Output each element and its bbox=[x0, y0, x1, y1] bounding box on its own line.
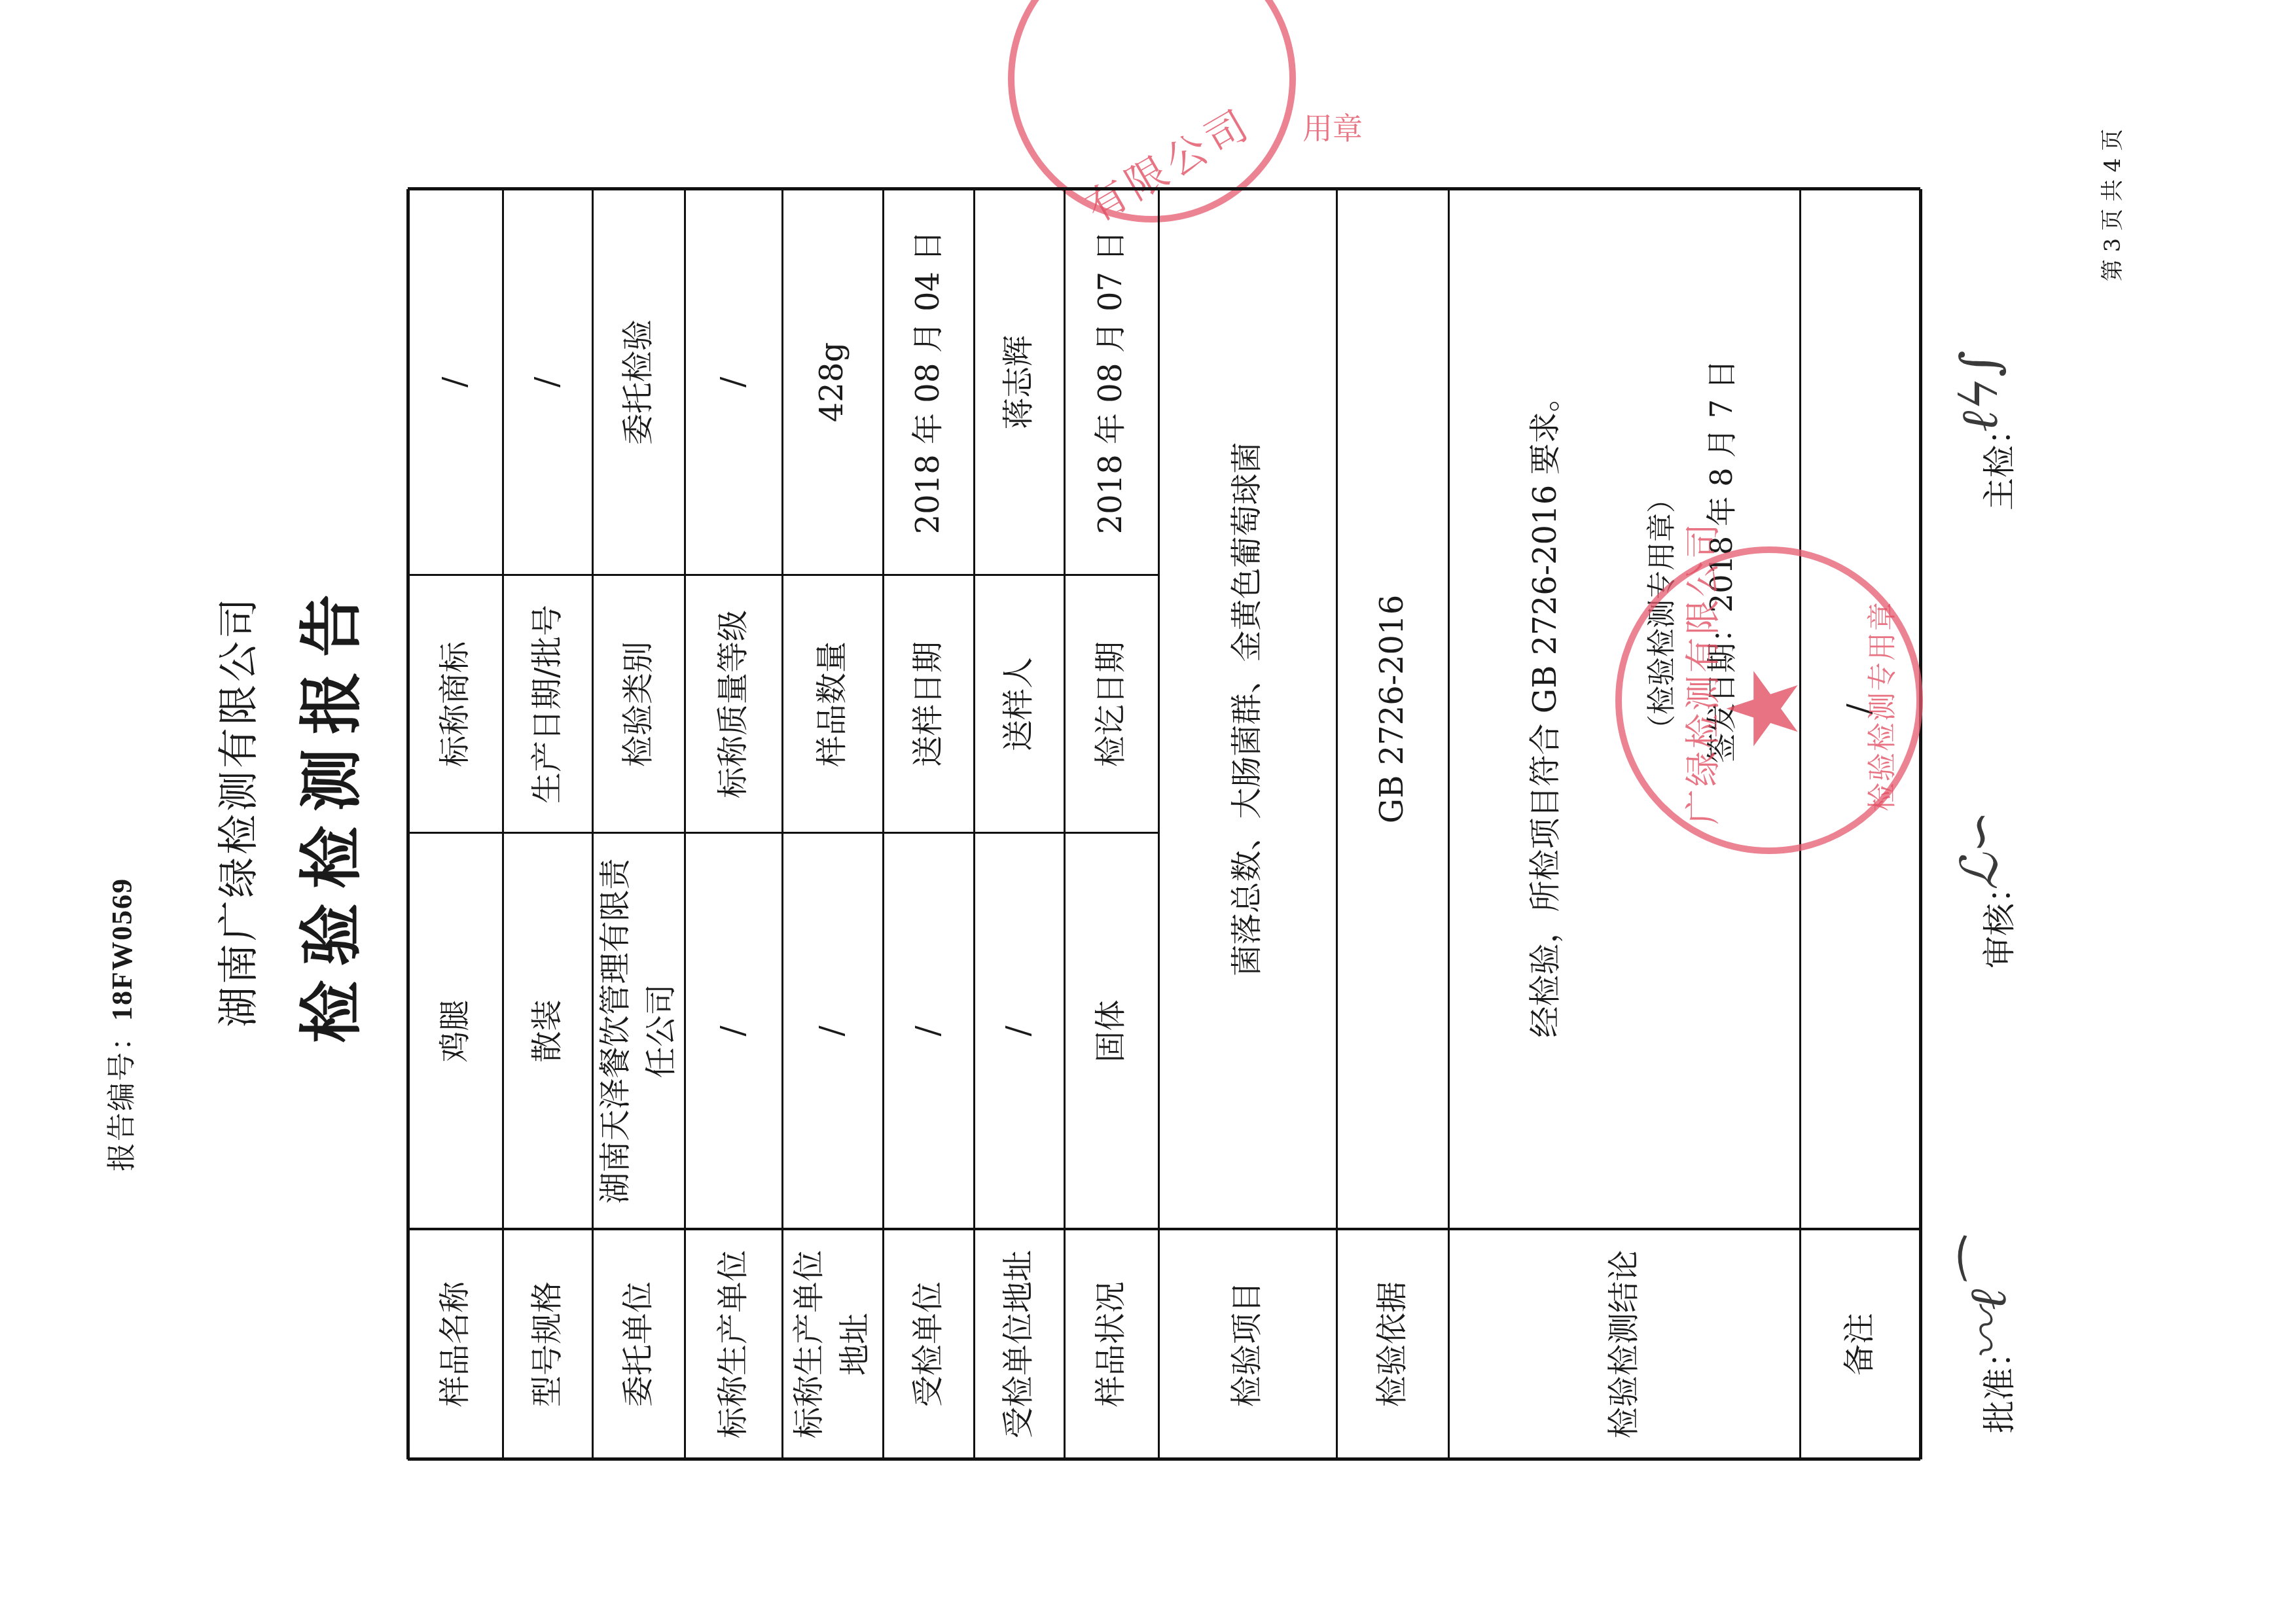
row-label: 样品状况 bbox=[1064, 1229, 1158, 1459]
row-label: 型号规格 bbox=[503, 1229, 592, 1459]
row-sub-value: 蒋志辉 bbox=[974, 189, 1064, 575]
test-items-value: 菌落总数、大肠菌群、金黄色葡萄球菌 bbox=[1158, 189, 1336, 1229]
report-number: 报告编号：18FW0569 bbox=[98, 878, 140, 1171]
review-signature: ℒ∽ bbox=[1950, 810, 2009, 890]
row-value: / bbox=[974, 833, 1064, 1229]
main-seal-bottom-text: 检验检测专用章 bbox=[1859, 601, 1901, 811]
row-sub-value: 428g bbox=[782, 189, 883, 575]
row-label: 受检单位 bbox=[883, 1229, 974, 1459]
row-sub-label: 样品数量 bbox=[782, 575, 883, 833]
row-sub-label: 标称质量等级 bbox=[685, 575, 782, 833]
report-number-label: 报告编号： bbox=[105, 1021, 139, 1171]
inspect-signature: ℓϟ∫ bbox=[1950, 350, 2009, 432]
page-indicator: 第 3 页 共 4 页 bbox=[2094, 129, 2126, 281]
row-value: / bbox=[782, 833, 883, 1229]
row-sub-value: 2018 年 08 月 04 日 bbox=[883, 189, 974, 575]
report-number-value: 18FW0569 bbox=[106, 878, 138, 1021]
row-value: 散装 bbox=[503, 833, 592, 1229]
test-items-label: 检验项目 bbox=[1158, 1229, 1336, 1459]
conclusion-text: 经检验，所检项目符合 GB 2726-2016 要求。 bbox=[1448, 189, 1643, 1229]
report-title: 检验检测报告 bbox=[281, 0, 371, 1623]
row-sub-label: 送样人 bbox=[974, 575, 1064, 833]
row-sub-label: 送样日期 bbox=[883, 575, 974, 833]
main-seal-star-icon: ★ bbox=[1715, 665, 1813, 753]
row-sub-value: / bbox=[685, 189, 782, 575]
row-sub-label: 检讫日期 bbox=[1064, 575, 1158, 833]
company-name: 湖南广绿检测有限公司 bbox=[206, 0, 264, 1623]
row-value: / bbox=[883, 833, 974, 1229]
row-label: 样品名称 bbox=[408, 1229, 503, 1459]
row-label: 委托单位 bbox=[592, 1229, 685, 1459]
row-sub-label: 检验类别 bbox=[592, 575, 685, 833]
top-seal-side-text: 用章 bbox=[1302, 105, 1363, 148]
row-label: 标称生产单位地址 bbox=[782, 1229, 883, 1459]
row-value: 鸡腿 bbox=[408, 833, 503, 1229]
row-sub-value: 委托检验 bbox=[592, 189, 685, 575]
row-sub-value: / bbox=[503, 189, 592, 575]
main-seal-arc-text: 广绿检测有限公司 bbox=[1676, 521, 1726, 825]
row-label: 标称生产单位 bbox=[685, 1229, 782, 1459]
row-sub-label: 标称商标 bbox=[408, 575, 503, 833]
row-value: 固体 bbox=[1064, 833, 1158, 1229]
remarks-label: 备注 bbox=[1800, 1229, 1920, 1459]
approve-signature: 〰ℓ⁀ bbox=[1947, 1248, 2020, 1361]
row-value: 湖南天泽餐饮管理有限责任公司 bbox=[592, 833, 685, 1229]
row-sub-value: 2018 年 08 月 07 日 bbox=[1064, 189, 1158, 575]
row-sub-value: / bbox=[408, 189, 503, 575]
test-basis-label: 检验依据 bbox=[1336, 1229, 1448, 1459]
conclusion-label: 检验检测结论 bbox=[1448, 1229, 1800, 1459]
row-value: / bbox=[685, 833, 782, 1229]
report-page: 报告编号：18FW0569 湖南广绿检测有限公司 检验检测报告 有限公司 用章 … bbox=[0, 0, 2296, 1623]
row-sub-label: 生产日期/批号 bbox=[503, 575, 592, 833]
test-basis-value: GB 2726-2016 bbox=[1336, 189, 1448, 1229]
row-label: 受检单位地址 bbox=[974, 1229, 1064, 1459]
